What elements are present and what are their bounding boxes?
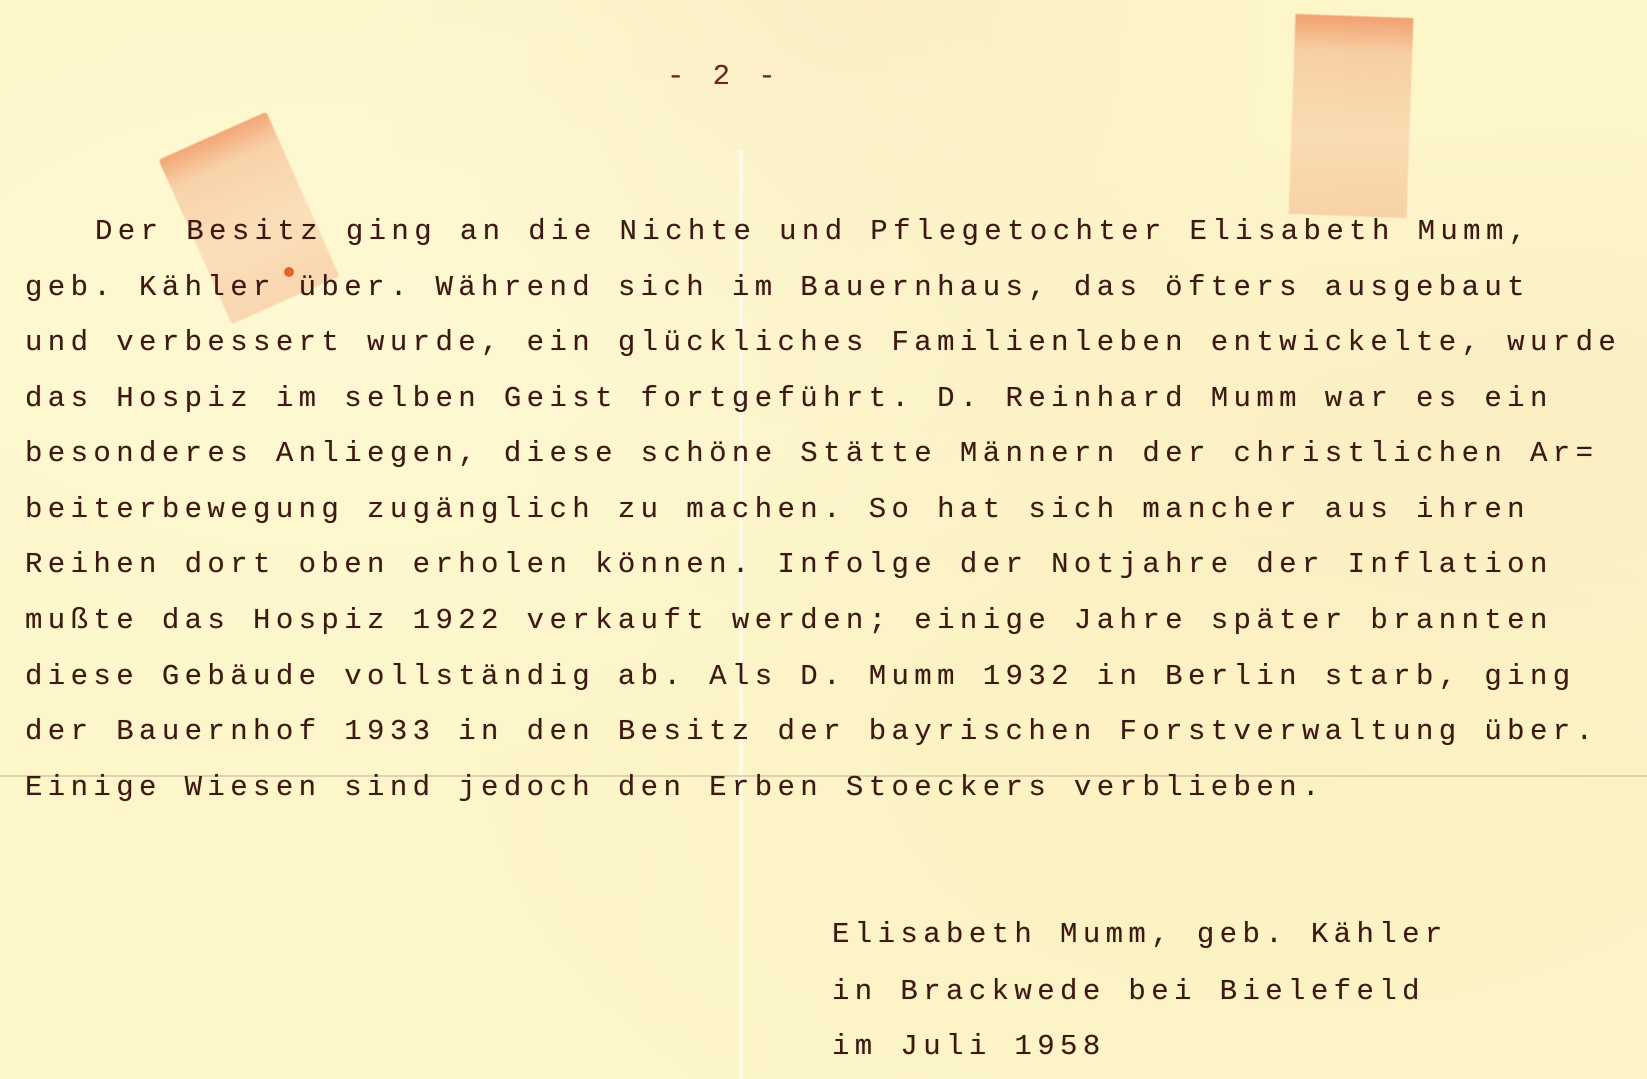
body-line: der Bauernhof 1933 in den Besitz der bay… <box>25 717 1598 746</box>
page-number: - 2 - <box>667 62 781 91</box>
body-line: diese Gebäude vollständig ab. Als D. Mum… <box>25 662 1576 691</box>
body-line: das Hospiz im selben Geist fortgeführt. … <box>25 384 1553 413</box>
signature-date: im Juli 1958 <box>832 1032 1106 1061</box>
body-line: Der Besitz ging an die Nichte und Pflege… <box>95 217 1532 246</box>
body-line: Reihen dort oben erholen können. Infolge… <box>25 550 1553 579</box>
signature-name: Elisabeth Mumm, geb. Kähler <box>832 920 1448 949</box>
body-line: geb. Kähler über. Während sich im Bauern… <box>25 273 1530 302</box>
signature-place: in Brackwede bei Bielefeld <box>832 977 1425 1006</box>
tape-stain-right <box>1289 14 1414 218</box>
body-line: mußte das Hospiz 1922 verkauft werden; e… <box>25 606 1553 635</box>
typewritten-letter-page: - 2 - Der Besitz ging an die Nichte und … <box>0 0 1647 1079</box>
body-line: beiterbewegung zugänglich zu machen. So … <box>25 495 1530 524</box>
body-line: und verbessert wurde, ein glückliches Fa… <box>25 328 1621 357</box>
body-line: besonderes Anliegen, diese schöne Stätte… <box>25 439 1598 468</box>
body-line: Einige Wiesen sind jedoch den Erben Stoe… <box>25 773 1325 802</box>
